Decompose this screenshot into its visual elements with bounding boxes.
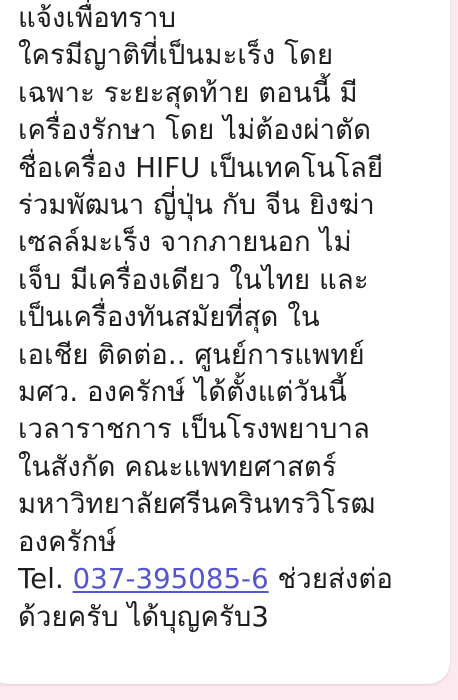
message-line: เป็นเครื่องทันสมัยที่สุด ใน (18, 299, 450, 336)
message-line: เจ็บ มีเครื่องเดียว ในไทย และ (18, 262, 450, 299)
message-line: มศว. องครักษ์ ได้ตั้งแต่วันนี้ (18, 374, 450, 411)
message-line: มหาวิทยาลัยศรีนครินทรวิโรฒ (18, 486, 450, 523)
tel-prefix: Tel. (18, 563, 73, 595)
message-line: ใครมีญาติที่เป็นมะเร็ง โดย (18, 37, 450, 74)
message-line: ชื่อเครื่อง HIFU เป็นเทคโนโลยี (18, 150, 450, 187)
message-text: แจ้งเพื่อทราบ ใครมีญาติที่เป็นมะเร็ง โดย… (18, 0, 450, 636)
message-line: เวลาราชการ เป็นโรงพยาบาล (18, 411, 450, 448)
message-bubble[interactable]: แจ้งเพื่อทราบ ใครมีญาติที่เป็นมะเร็ง โดย… (0, 0, 450, 684)
message-line: แจ้งเพื่อทราบ (18, 0, 450, 37)
message-line: เซลล์มะเร็ง จากภายนอก ไม่ (18, 224, 450, 261)
tel-suffix: ช่วยส่งต่อ (269, 563, 393, 595)
message-line: เฉพาะ ระยะสุดท้าย ตอนนี้ มี (18, 75, 450, 112)
message-line: องครักษ์ (18, 524, 450, 561)
tel-line: Tel. 037-395085-6 ช่วยส่งต่อ (18, 561, 450, 598)
message-line: เครื่องรักษา โดย ไม่ต้องผ่าตัด (18, 112, 450, 149)
phone-number-link[interactable]: 037-395085-6 (73, 563, 269, 595)
message-line: ร่วมพัฒนา ญี่ปุ่น กับ จีน ยิงฆ่า (18, 187, 450, 224)
message-line: ด้วยครับ ได้บุญครับ3 (18, 599, 450, 636)
message-line: เอเชีย ติดต่อ.. ศูนย์การแพทย์ (18, 337, 450, 374)
message-line: ในสังกัด คณะแพทยศาสตร์ (18, 449, 450, 486)
